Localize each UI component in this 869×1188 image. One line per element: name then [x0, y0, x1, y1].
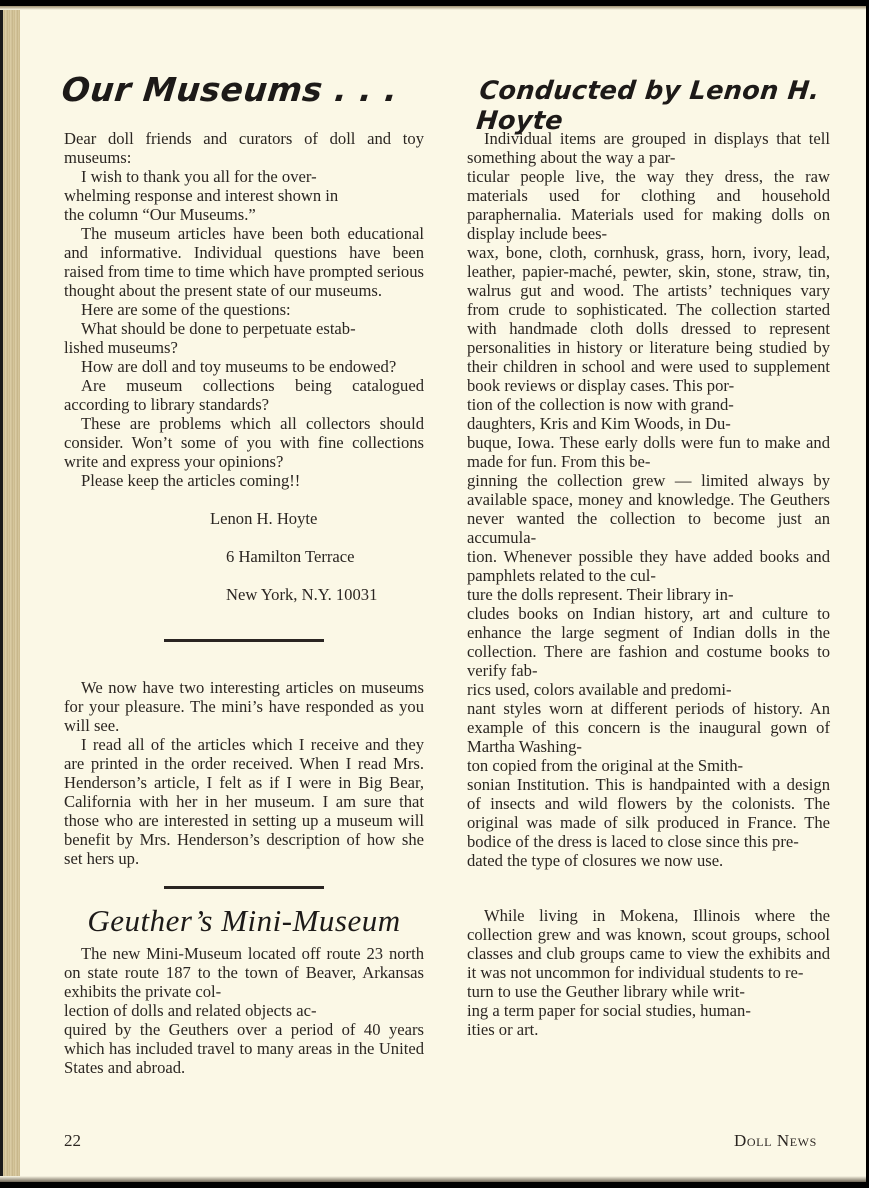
left-column: Dear doll friends and curators of doll a…: [64, 129, 424, 1077]
section-divider: [164, 886, 324, 889]
body-paragraph: I wish to thank you all for the over- wh…: [64, 167, 424, 224]
book-binding-edge: [0, 6, 20, 1182]
column-title: Our Museums . . .: [60, 70, 400, 109]
right-column: Individual items are grouped in displays…: [467, 129, 830, 1039]
column-byline: Conducted by Lenon H. Hoyte: [475, 76, 869, 136]
article-paragraph: While living in Mokena, Illinois where t…: [467, 906, 830, 1039]
question-paragraph: What should be done to perpetuate estab-…: [64, 319, 424, 357]
article-paragraph: Individual items are grouped in displays…: [467, 129, 830, 870]
closing-line: Please keep the articles coming!!: [64, 471, 424, 490]
body-paragraph: These are problems which all collectors …: [64, 414, 424, 471]
signature-block: Lenon H. Hoyte 6 Hamilton Terrace New Yo…: [64, 490, 424, 623]
question-paragraph: How are doll and toy museums to be endow…: [64, 357, 424, 376]
signature-city: New York, N.Y. 10031: [210, 585, 424, 604]
intro-paragraph: I read all of the articles which I recei…: [64, 735, 424, 868]
page-top-shadow: [0, 6, 866, 10]
question-paragraph: Are museum collections being catalogued …: [64, 376, 424, 414]
page-number: 22: [64, 1131, 81, 1151]
magazine-page: Our Museums . . . Conducted by Lenon H. …: [0, 6, 866, 1182]
intro-paragraph: We now have two interesting articles on …: [64, 678, 424, 735]
body-paragraph: The museum articles have been both educa…: [64, 224, 424, 300]
signature-name: Lenon H. Hoyte: [210, 509, 317, 528]
body-paragraph: Here are some of the questions:: [64, 300, 424, 319]
article-paragraph: The new Mini-Museum located off route 23…: [64, 944, 424, 1077]
publication-name: Doll News: [734, 1131, 817, 1151]
page-bottom-shadow: [0, 1176, 866, 1182]
signature-street: 6 Hamilton Terrace: [210, 547, 424, 566]
salutation: Dear doll friends and curators of doll a…: [64, 129, 424, 167]
article-title: Geuther’s Mini-Museum: [64, 911, 424, 930]
